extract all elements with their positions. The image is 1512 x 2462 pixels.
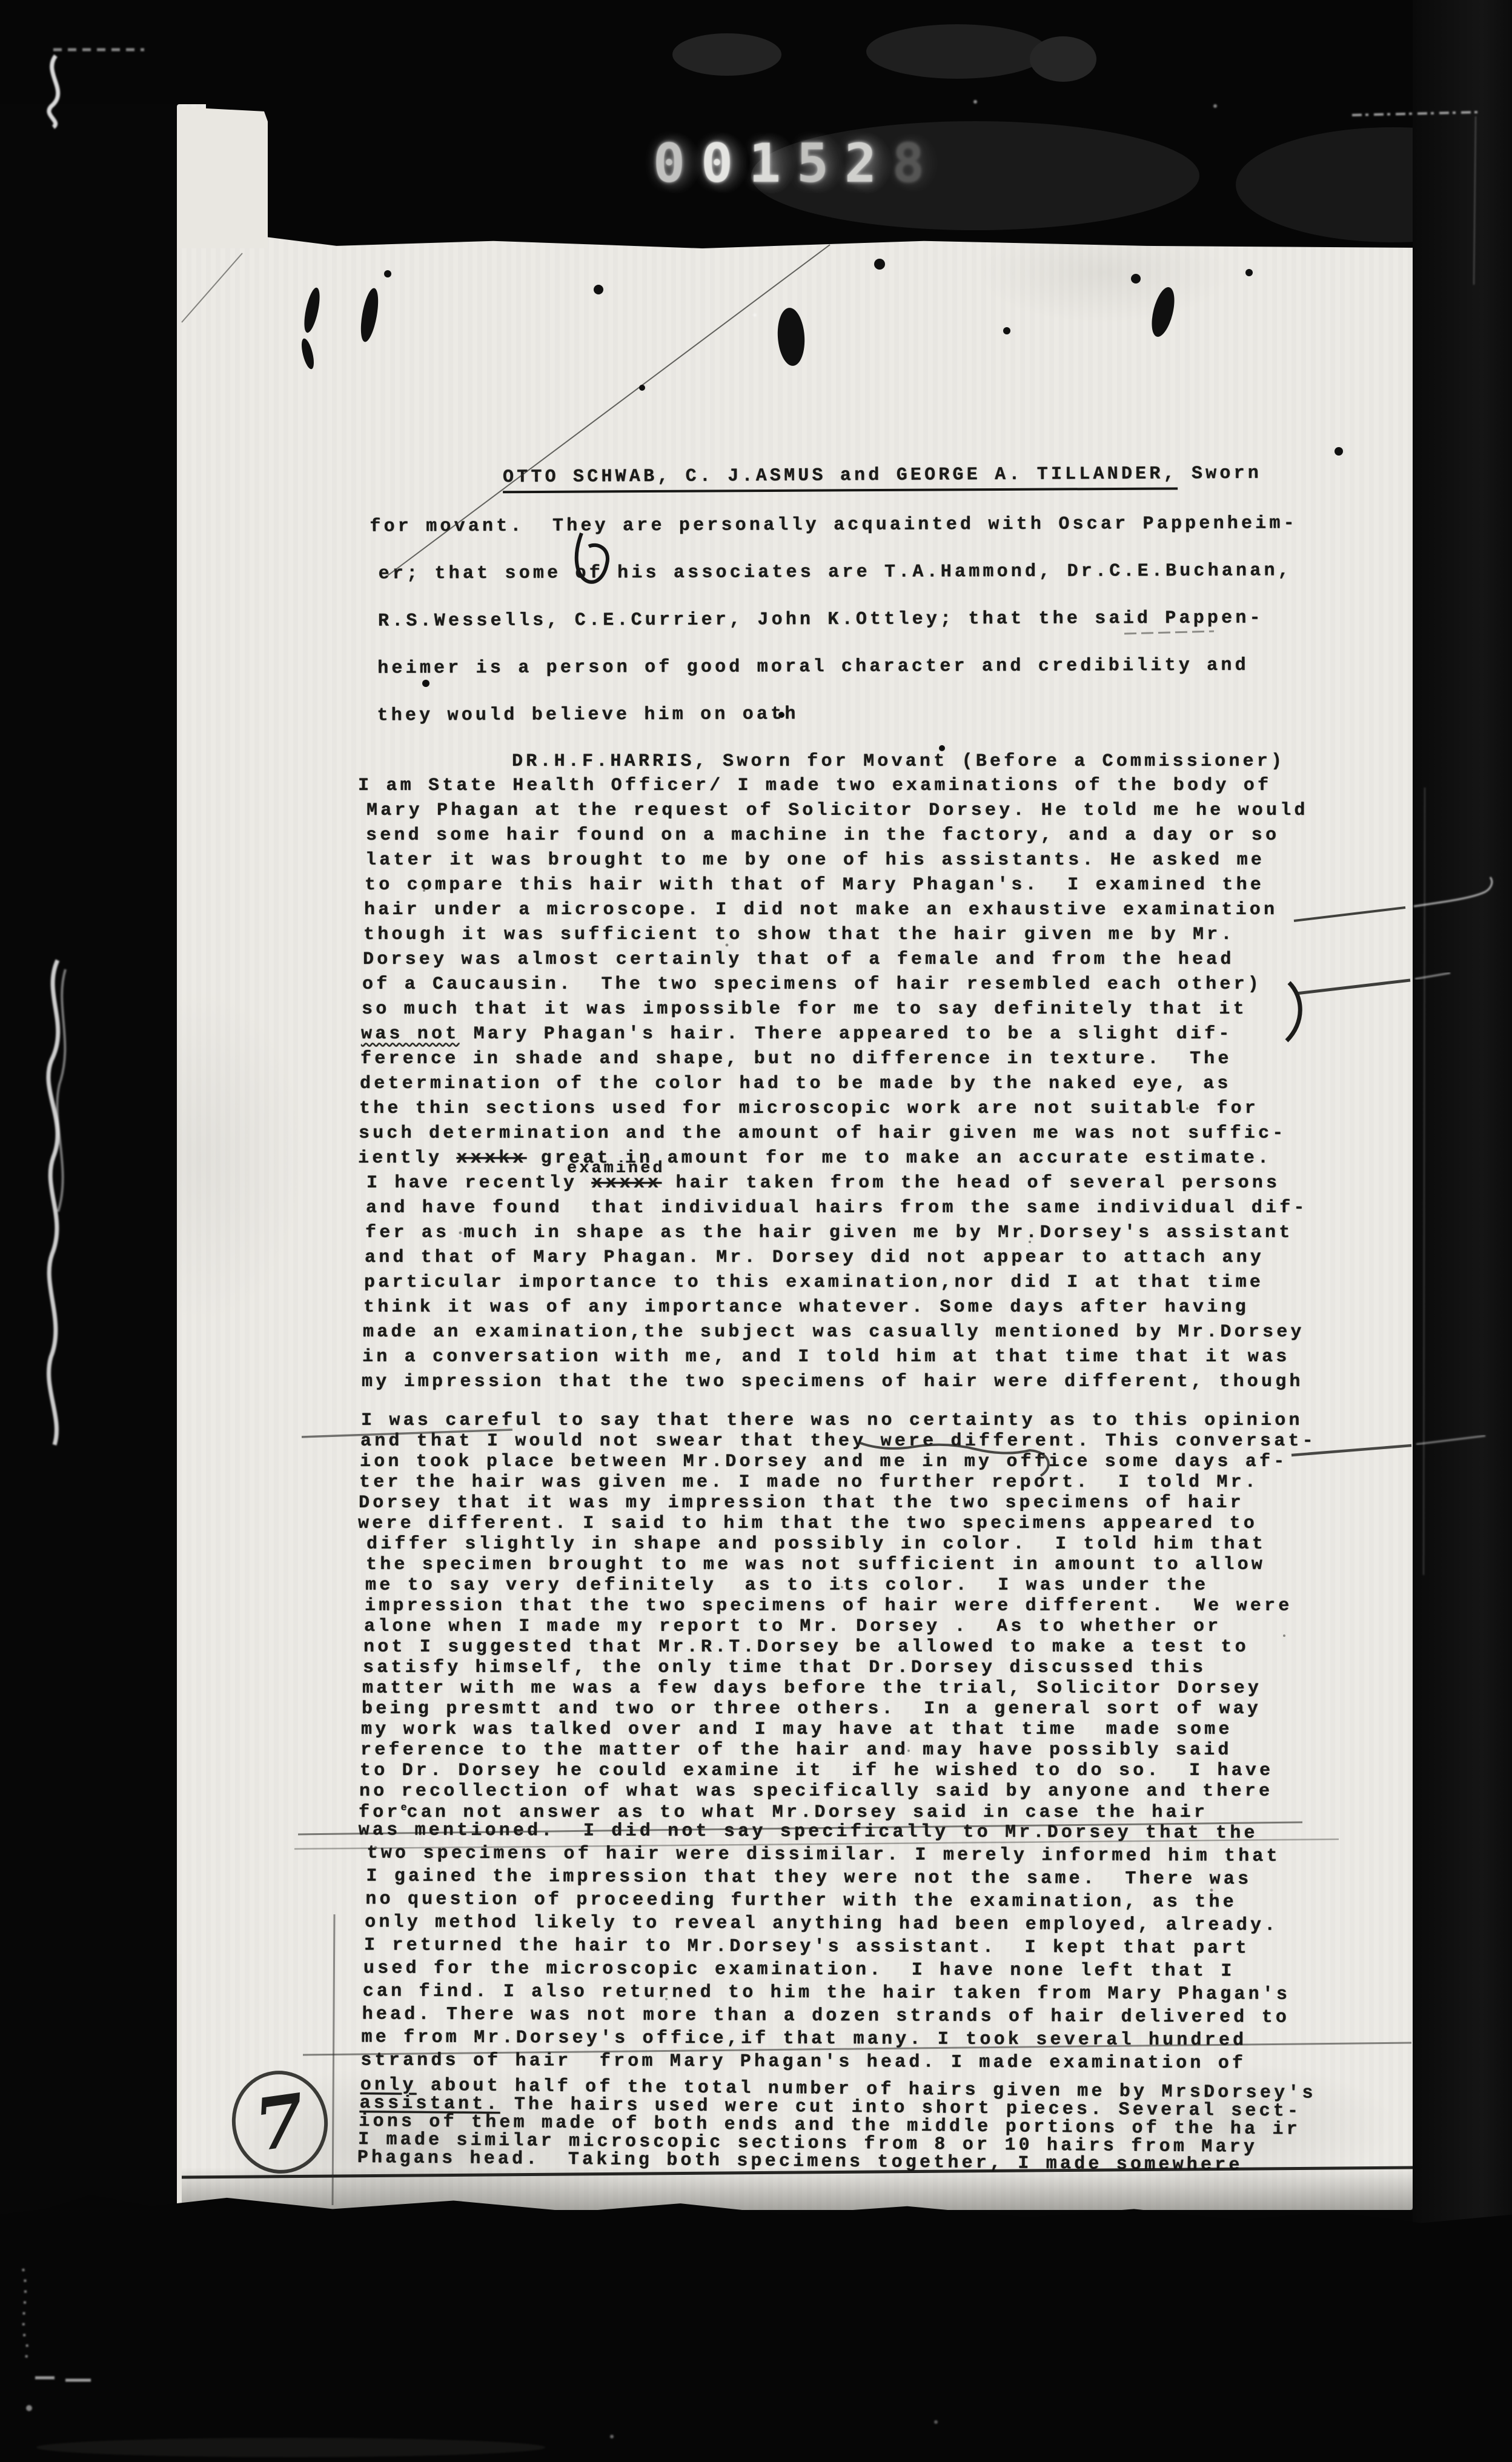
typed-line: my impression that the two specimens of … <box>362 1373 1308 1398</box>
typed-line: satisfy himself, the only time that Dr.D… <box>363 1659 1316 1679</box>
typed-line: the thin sections used for microscopic w… <box>359 1100 1308 1124</box>
typed-line: not I suggested that Mr.R.T.Dorsey be al… <box>363 1638 1316 1659</box>
stamp-digit: 2 <box>844 132 892 194</box>
typed-line: R.S.Wessells, C.E.Currier, John K.Ottley… <box>378 609 1298 659</box>
typed-line: ter the hair was given me. I made no fur… <box>359 1473 1316 1494</box>
testimony-paragraph-2: I was careful to say that there was no c… <box>362 1412 1316 1823</box>
typed-line: I have recently xxxxx hair taken from th… <box>366 1174 1308 1199</box>
typed-line: to compare this hair with that of Mary P… <box>365 876 1308 901</box>
typed-line: hair under a microscope. I did not make … <box>364 901 1308 926</box>
typed-line: to Dr. Dorsey he could examine it if he … <box>360 1762 1316 1782</box>
film-right-edge <box>1413 0 1512 2462</box>
stamp-digit: 8 <box>892 132 940 194</box>
typed-line: particular importance to this examinatio… <box>364 1273 1308 1298</box>
typed-line: differ slightly in shape and possibly in… <box>366 1535 1316 1556</box>
typed-line: and have found that individual hairs fro… <box>366 1199 1308 1224</box>
testimony-paragraph-4: only about half of the total number of h… <box>362 2076 1316 2175</box>
typed-line: impression that the two specimens of hai… <box>365 1597 1316 1618</box>
typed-line: I am State Health Officer/ I made two ex… <box>358 777 1308 801</box>
interlined-correction: examined <box>567 1160 665 1178</box>
film-bottom-edge <box>0 2181 1512 2462</box>
testimony-paragraph-1: I am State Health Officer/ I made two ex… <box>362 777 1308 1398</box>
typed-line: though it was sufficient to show that th… <box>363 926 1308 951</box>
testimony-paragraph-3: was mentioned. I did not say specificall… <box>362 1821 1291 2077</box>
typed-line: heimer is a person of good moral charact… <box>377 656 1298 706</box>
page-top-left-corner <box>177 104 268 248</box>
typed-line: fer as much in shape as the hair given m… <box>365 1224 1308 1249</box>
typed-line: of a Caucausin. The two specimens of hai… <box>362 975 1308 1000</box>
typed-line: being presmtt and two or three others. I… <box>362 1700 1316 1720</box>
typed-line: alone when I made my report to Mr. Dorse… <box>364 1618 1316 1638</box>
typed-line: strands of hair from Mary Phagan's head.… <box>360 2051 1290 2077</box>
typed-line: determination of the color had to be mad… <box>360 1075 1308 1100</box>
intro-paragraph: for movant. They are personally acquaint… <box>374 514 1298 754</box>
typed-line: so much that it was impossible for me to… <box>362 1000 1308 1025</box>
typed-line: think it was of any importance whatever.… <box>363 1298 1308 1323</box>
typed-line: me to say very definitely as to its colo… <box>365 1576 1316 1597</box>
page-number-digit: 7 <box>250 2077 311 2167</box>
film-left-edge <box>0 0 177 2462</box>
typed-line: iently xxxkx great in amount for me to m… <box>358 1149 1308 1174</box>
typed-line: my work was talked over and I may have a… <box>361 1720 1316 1741</box>
sworn-label: Sworn <box>1178 463 1262 485</box>
typed-line: Dorsey was almost certainly that of a fe… <box>363 951 1308 975</box>
typed-line: were different. I said to him that the t… <box>358 1515 1316 1535</box>
stamp-digit: 5 <box>797 132 844 194</box>
stamp-number: 001528 <box>653 132 940 194</box>
stamp-digit: 0 <box>653 132 701 194</box>
typed-line: Dorsey that it was my impression that th… <box>359 1494 1316 1515</box>
stamp-digit: 0 <box>701 132 749 194</box>
typed-line: I was careful to say that there was no c… <box>361 1412 1316 1432</box>
film-header-band <box>206 0 1512 248</box>
typed-line: the specimen brought to me was not suffi… <box>366 1556 1316 1576</box>
typed-line: such determination and the amount of hai… <box>359 1124 1308 1149</box>
typed-line: and that of Mary Phagan. Mr. Dorsey did … <box>365 1249 1308 1273</box>
typed-line: made an examination,the subject was casu… <box>363 1323 1308 1348</box>
typed-line: and that I would not swear that they wer… <box>360 1432 1316 1453</box>
harris-heading: DR.H.F.HARRIS, Sworn for Movant (Before … <box>512 751 1285 772</box>
typed-line: was not Mary Phagan's hair. There appear… <box>361 1025 1308 1050</box>
witness-heading: OTTO SCHWAB, C. J.ASMUS and GEORGE A. TI… <box>503 463 1262 488</box>
typed-line: matter with me was a few days before the… <box>362 1679 1316 1700</box>
stamp-digit: 1 <box>749 132 797 194</box>
microfilm-frame: 001528 OTTO SCHWAB, C. J.ASMUS and GEORG… <box>0 0 1512 2462</box>
typed-line: later it was brought to me by one of his… <box>365 851 1308 876</box>
typed-line: they would believe him on oath <box>377 703 1298 754</box>
typed-line: send some hair found on a machine in the… <box>366 826 1308 851</box>
typed-line: for movant. They are personally acquaint… <box>370 514 1298 565</box>
witness-names: OTTO SCHWAB, C. J.ASMUS and GEORGE A. TI… <box>503 463 1178 493</box>
typed-line: Mary Phagan at the request of Solicitor … <box>366 801 1308 826</box>
typed-line: in a conversation with me, and I told hi… <box>362 1348 1308 1373</box>
typed-line: no recollection of what was specifically… <box>359 1782 1316 1803</box>
typed-line: ion took place between Mr.Dorsey and me … <box>360 1453 1316 1473</box>
typed-line: ference in shade and shape, but no diffe… <box>360 1050 1308 1075</box>
typed-line: reference to the matter of the hair and … <box>360 1741 1316 1762</box>
typed-line: er; that some of his associates are T.A.… <box>379 562 1298 612</box>
